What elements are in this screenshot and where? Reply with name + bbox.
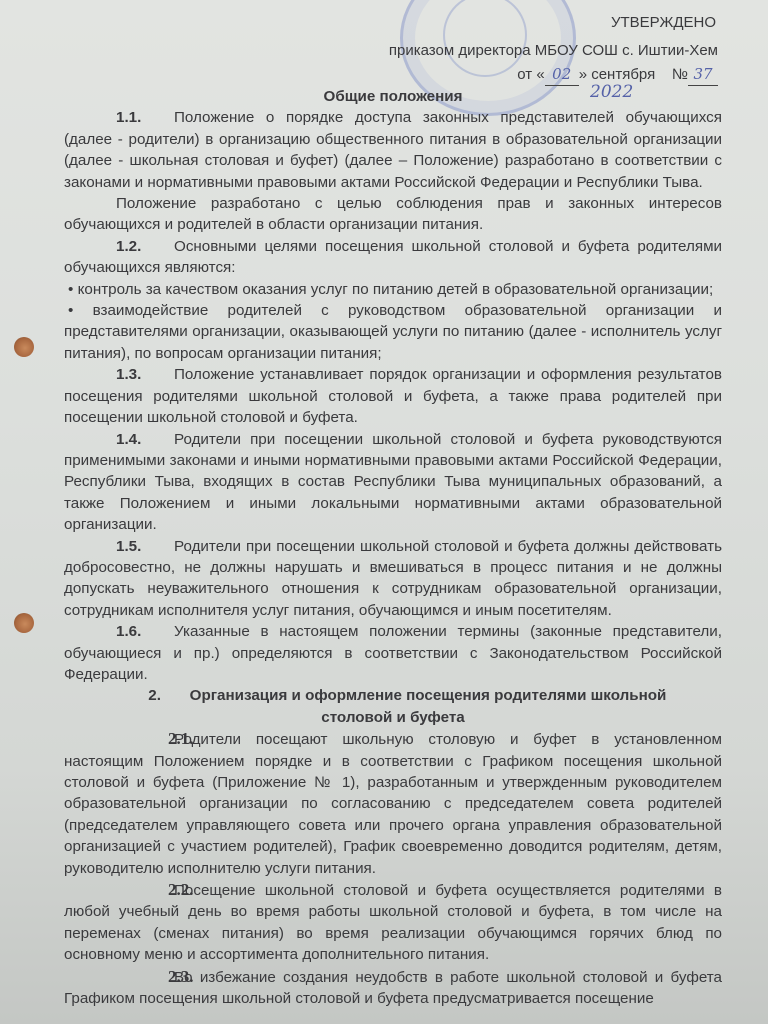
handwritten-number: 37: [693, 65, 712, 83]
clause-1-2: 1.2.Основными целями посещения школьной …: [64, 236, 722, 279]
clause-2-3: 2.3.Во избежание создания неудобств в ра…: [64, 966, 722, 1010]
bullet-interaction: • взаимодействие родителей с руководство…: [64, 300, 722, 364]
document-body: Общие положения 1.1.Положение о порядке …: [64, 86, 722, 1009]
approved-label: УТВЕРЖДЕНО: [611, 12, 716, 33]
clause-1-5: 1.5.Родители при посещении школьной стол…: [64, 536, 722, 622]
document-page: УТВЕРЖДЕНО приказом директора МБОУ СОШ с…: [0, 0, 768, 1024]
clause-1-4: 1.4.Родители при посещении школьной стол…: [64, 429, 722, 536]
clause-2-2: 2.2.Посещение школьной столовой и буфета…: [64, 879, 722, 966]
punch-hole-top: [14, 337, 34, 357]
section1-title: Общие положения: [64, 86, 722, 107]
section2-title: 2.Организация и оформление посещения род…: [64, 685, 722, 728]
clause-1-1-purpose: Положение разработано с целью соблюдения…: [64, 193, 722, 236]
clause-1-3: 1.3.Положение устанавливает порядок орга…: [64, 364, 722, 428]
order-line: приказом директора МБОУ СОШ с. Иштии-Хем: [389, 40, 718, 61]
handwritten-day: 02: [552, 65, 571, 83]
punch-hole-bottom: [14, 613, 34, 633]
bullet-quality-control: • контроль за качеством оказания услуг п…: [64, 279, 722, 300]
clause-1-1: 1.1.Положение о порядке доступа законных…: [64, 107, 722, 193]
clause-2-1: 2.1.Родители посещают школьную столовую …: [64, 728, 722, 879]
clause-1-6: 1.6.Указанные в настоящем положении терм…: [64, 621, 722, 685]
